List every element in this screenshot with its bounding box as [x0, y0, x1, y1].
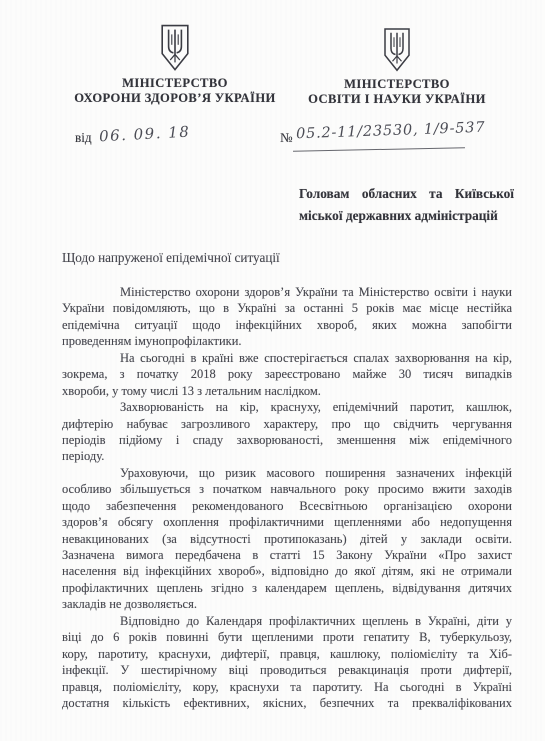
body-line: кору, паротиту, краснухи, дифтерії, прав… [62, 646, 512, 662]
body-line: достатня кількість ефективних, якісних, … [62, 695, 512, 711]
number-label: № [280, 130, 293, 146]
date-label: від [75, 130, 92, 146]
addressee-line: міської державних адміністрацій [299, 205, 514, 227]
body-line: проведенням імунопрофілактики. [62, 333, 512, 349]
body-line: хвороби, у тому числі 13 з летальним нас… [62, 383, 512, 399]
scanned-letter-page: МІНІСТЕРСТВО ОХОРОНИ ЗДОРОВ’Я УКРАЇНИ МІ… [0, 0, 545, 741]
ministry-name-line: ОХОРОНИ ЗДОРОВ’Я УКРАЇНИ [55, 91, 295, 106]
body-line: здоров’я обсягу охоплення профілактичним… [62, 514, 512, 530]
body-line: Міністерство охорони здоров’я України та… [62, 284, 512, 300]
letterhead-education-ministry: МІНІСТЕРСТВО ОСВІТИ І НАУКИ УКРАЇНИ [277, 27, 517, 106]
ministry-name-line: МІНІСТЕРСТВО [277, 77, 517, 92]
number-value-handwritten: 05.2-11/23530, 1/9-537 [296, 120, 486, 143]
ministry-name-line: МІНІСТЕРСТВО [55, 76, 295, 91]
addressee-block: Головам обласних та Київської міської де… [299, 183, 514, 227]
paragraph: На сьогодні в країні вже спостерігається… [62, 350, 512, 399]
body-line: закладів не дозволяється. [62, 596, 512, 612]
body-line: На сьогодні в країні вже спостерігається… [62, 350, 512, 366]
body-line: Відповідно до Календаря профілактичних щ… [62, 613, 512, 629]
body-line: Ураховуючи, що ризик масового поширення … [62, 465, 512, 481]
body-line: періодів підйому і спаду захворюваності,… [62, 432, 512, 448]
body-line: щодо забезпечення рекомендованого Всесві… [62, 498, 512, 514]
body-line: епідемічна ситуації щодо інфекційних хво… [62, 317, 512, 333]
paragraph: Відповідно до Календаря профілактичних щ… [62, 613, 512, 712]
letterhead-health-ministry: МІНІСТЕРСТВО ОХОРОНИ ЗДОРОВ’Я УКРАЇНИ [55, 24, 295, 105]
body-line: віці до 6 років повинні бути щепленими п… [62, 629, 512, 645]
body-line: особливо збільшується з початком навчаль… [62, 481, 512, 497]
tryzub-emblem-icon [159, 24, 191, 72]
date-value-handwritten: 06. 09. 18 [99, 123, 191, 146]
body-line: правця, поліомієліту, кору, краснухи та … [62, 679, 512, 695]
body-line: інфекції. У шестирічному віці проводитьс… [62, 662, 512, 678]
body-line: дифтерію набуває загрозливого характеру,… [62, 416, 512, 432]
subject-line: Щодо напруженої епідемічної ситуації [62, 250, 280, 266]
paragraph: Захворюваність на кір, краснуху, епідемі… [62, 399, 512, 465]
addressee-line: Головам обласних та Київської [299, 183, 514, 205]
paragraph: Міністерство охорони здоров’я України та… [62, 284, 512, 350]
body-line: Захворюваність на кір, краснуху, епідемі… [62, 399, 512, 415]
body-line: профілактичних щеплень згідно з календар… [62, 580, 512, 596]
body-line: зокрема, з початку 2018 року зареєстрова… [62, 366, 512, 382]
body-line: населення від інфекційних хвороб», відпо… [62, 563, 512, 579]
body-line: періоду. [62, 448, 512, 464]
number-underline [293, 147, 465, 152]
body-line: невакцинованих (за відсутності протипока… [62, 531, 512, 547]
paragraph: Ураховуючи, що ризик масового поширення … [62, 465, 512, 613]
body-line: України повідомляють, що в Україні за ос… [62, 300, 512, 316]
letter-body: Міністерство охорони здоров’я України та… [62, 284, 512, 711]
body-line: Зазначена вимога передбачена в статті 15… [62, 547, 512, 563]
tryzub-emblem-icon [382, 27, 412, 73]
ministry-name-line: ОСВІТИ І НАУКИ УКРАЇНИ [277, 92, 517, 107]
